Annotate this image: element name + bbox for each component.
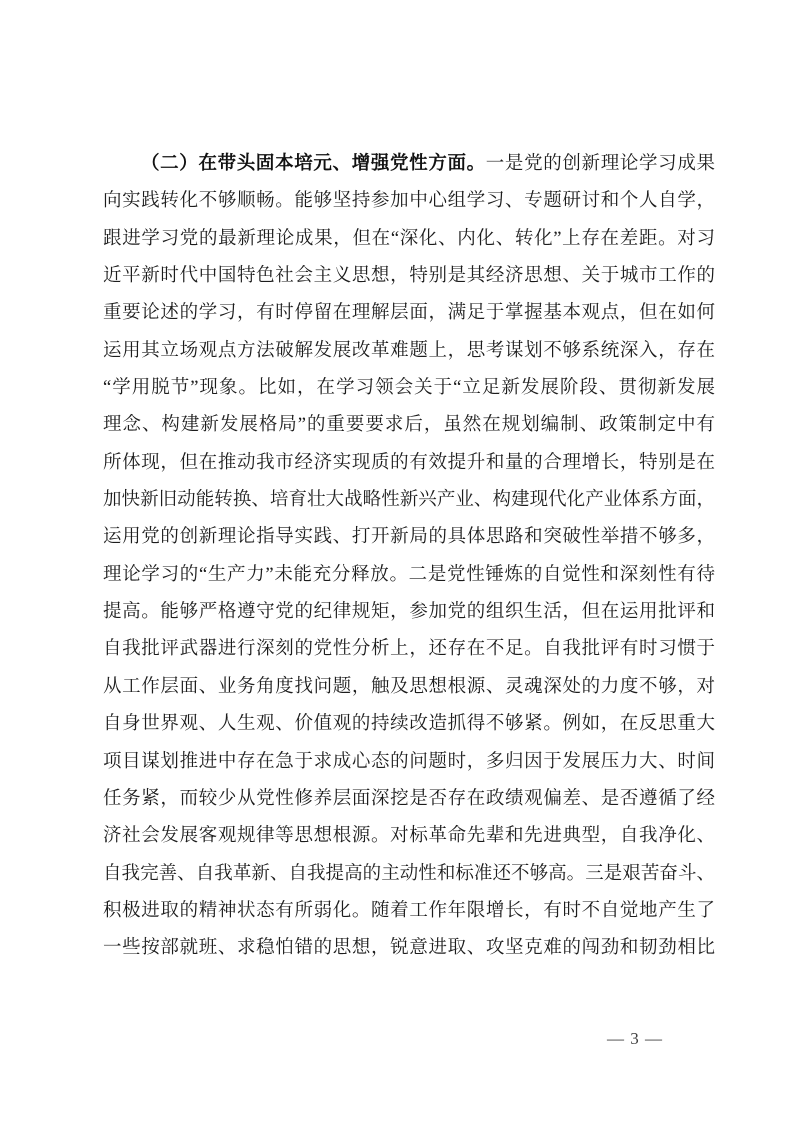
text-line: 项目谋划推进中存在急于求成心态的问题时，多归因于发展压力大、时间 [103,744,715,781]
text-line: 近平新时代中国特色社会主义思想，特别是其经济思想、关于城市工作的 [103,258,715,295]
text-line: “学用脱节”现象。比如，在学习领会关于“立足新发展阶段、贯彻新发展 [103,370,715,407]
page-number: — 3 — [596,1029,674,1049]
section-heading: （二）在带头固本培元、增强党性方面。 [141,154,486,174]
text-line: 任务紧，而较少从党性修养层面深挖是否存在政绩观偏差、是否遵循了经 [103,781,715,818]
body-paragraph: （二）在带头固本培元、增强党性方面。一是党的创新理论学习成果 向实践转化不够顺畅… [103,146,715,968]
text-line: 理念、构建新发展格局”的重要要求后，虽然在规划编制、政策制定中有 [103,407,715,444]
text-line: 向实践转化不够顺畅。能够坚持参加中心组学习、专题研讨和个人自学， [103,183,715,220]
text-line: 自身世界观、人生观、价值观的持续改造抓得不够紧。例如，在反思重大 [103,706,715,743]
text-line: 所体现，但在推动我市经济实现质的有效提升和量的合理增长，特别是在 [103,445,715,482]
text-line: 运用其立场观点方法破解发展改革难题上，思考谋划不够系统深入，存在 [103,333,715,370]
text-line: 从工作层面、业务角度找问题，触及思想根源、灵魂深处的力度不够，对 [103,669,715,706]
text-line: 运用党的创新理论指导实践、打开新局的具体思路和突破性举措不够多， [103,519,715,556]
text-line: 跟进学习党的最新理论成果，但在“深化、内化、转化”上存在差距。对习 [103,221,715,258]
text-line: 重要论述的学习，有时停留在理解层面，满足于掌握基本观点，但在如何 [103,295,715,332]
text-line: 自我批评武器进行深刻的党性分析上，还存在不足。自我批评有时习惯于 [103,631,715,668]
text-line: 积极进取的精神状态有所弱化。随着工作年限增长，有时不自觉地产生了 [103,893,715,930]
text-line: 济社会发展客观规律等思想根源。对标革命先辈和先进典型，自我净化、 [103,818,715,855]
text-line: 加快新旧动能转换、培育壮大战略性新兴产业、构建现代化产业体系方面， [103,482,715,519]
text-line: 一些按部就班、求稳怕错的思想，锐意进取、攻坚克难的闯劲和韧劲相比 [103,930,715,967]
text-line: 自我完善、自我革新、自我提高的主动性和标准还不够高。三是艰苦奋斗、 [103,856,715,893]
document-page: （二）在带头固本培元、增强党性方面。一是党的创新理论学习成果 向实践转化不够顺畅… [0,0,793,1122]
text-line: 理论学习的“生产力”未能充分释放。二是党性锤炼的自觉性和深刻性有待 [103,557,715,594]
text-line: 提高。能够严格遵守党的纪律规矩，参加党的组织生活，但在运用批评和 [103,594,715,631]
text-line-content: 一是党的创新理论学习成果 [486,154,715,174]
text-line: （二）在带头固本培元、增强党性方面。一是党的创新理论学习成果 [103,146,715,183]
